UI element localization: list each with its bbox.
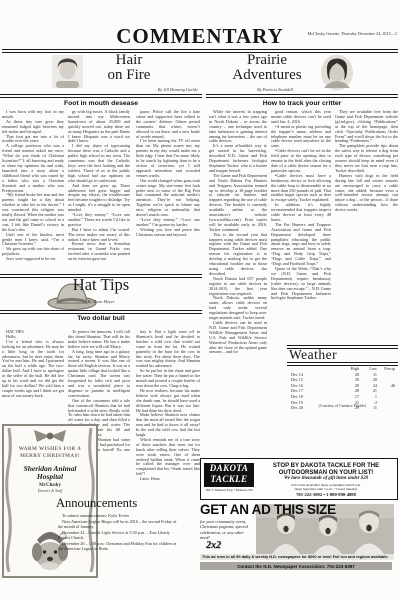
left-banner-title: Hair on Fire (86, 53, 172, 83)
left-article-headline: Foot in mouth desease (0, 100, 202, 107)
dakota-tackle-hours2: Open Saturdays until 5 p.m. • Closed Sun… (258, 487, 394, 491)
nd-ad-contact: Contact the N.D. Newspaper Association: … (200, 562, 392, 570)
right-article-column-3: They are available free from the Game an… (335, 110, 398, 280)
dakota-tackle-logo: DAKOTA TACKLE (204, 463, 254, 487)
hat-tips-headline: Two dollar bull (0, 315, 202, 322)
right-article-headline: How to track your critter (206, 100, 398, 107)
hat-tips-column-1: HAT TIPSHello,I’ve a friend who is alway… (2, 330, 64, 422)
dakota-tackle-address: 3891 S. Bismarck Expy. • Bismarck, ND (204, 488, 254, 492)
nd-ad-2x2-logo: 2x2 (206, 540, 221, 551)
hat-tips-bottom-rule (0, 310, 202, 314)
ribbon-left-icon (5, 428, 13, 572)
sheridan-city: McClusky (4, 483, 96, 488)
left-article-column-1: I was born with my foot in my mouth.As t… (2, 110, 64, 271)
sheridan-greeting: Warm Wishes for a Merry Christmas! (14, 446, 86, 459)
dakota-tackle-subhead: We have thousands of gift items under $2… (258, 476, 394, 481)
nd-ad-body: for your community event, Christmas page… (200, 519, 252, 540)
weather-title: Weather (289, 347, 337, 363)
nd-ad-headline: GET AN AD THIS SIZE (200, 502, 336, 517)
columnist-photo-hair-on-fire (52, 55, 83, 88)
dakota-tackle-ad: DAKOTA TACKLE 3891 S. Bismarck Expy. • B… (200, 458, 398, 500)
announcements-list: To submit announcements: Kylie Everts Ne… (58, 513, 180, 552)
section-title: COMMENTARY (60, 24, 340, 49)
announcement-item: December 26 – 1:30 p.m. Christmas and Ho… (58, 541, 180, 551)
announcement-item: To submit announcements: Kylie Everts (58, 513, 180, 518)
announcement-item: Next American Legion Bingo will be in 20… (58, 519, 180, 529)
hat-tips-title: Hat Tips (0, 277, 202, 292)
dakota-tackle-hours1: Gift Cards Available! Open weeknights un… (258, 483, 394, 487)
left-banner-byline: By Jill Denning Gackle (120, 87, 198, 92)
hat-tips-column-3: buy it. But a light went off in Shanton’… (136, 330, 200, 506)
right-banner-title: Prairie Adventures (213, 53, 321, 83)
weather-caption: (Courtesy of Candace Felchle) (287, 404, 398, 408)
newspaper-page: COMMENTARY McClusky Gazette, Thursday De… (0, 0, 400, 600)
dakota-tackle-phone: 701-222-3092 • 1-800-890-4888 (258, 492, 394, 497)
nd-newspaper-ad: GET AN AD THIS SIZE for your community e… (198, 502, 397, 569)
announcements-title: Announcements (56, 496, 137, 511)
masthead-rule (2, 49, 398, 53)
right-article-column-2: good reason, which this year means cable… (271, 110, 331, 342)
ribbon-bow-icon (30, 428, 70, 444)
hat-tips-byline: By Dean Meyer (0, 299, 202, 304)
right-banner-rule (206, 94, 398, 98)
announcement-item: December 24 – Candle Light Service at 5:… (58, 530, 180, 540)
left-banner-rule (0, 94, 202, 98)
left-article-column-3: pause. Police call the fire a hate crime… (136, 110, 200, 271)
dakota-tackle-headline: STOP BY DAKOTA TACKLE FOR THE OUTDOORSMA… (258, 463, 394, 476)
left-article-column-2: gy with big noses. A black family moved … (68, 110, 130, 271)
columnist-photo-prairie-adventures (320, 54, 354, 91)
right-banner-byline: By Patricia Stockdill (230, 87, 320, 92)
right-article-column-1: While the interest in trapping isn’t wha… (209, 110, 267, 455)
sheridan-name: Sheridan Animal Hospital (12, 465, 88, 481)
nd-ad-runline: This ad runs in all 90 daily & weekly N.… (200, 554, 394, 560)
page-info: McClusky Gazette, Thursday December 24, … (308, 31, 397, 36)
sheridan-signoff: Doctors & Staff (4, 489, 96, 493)
